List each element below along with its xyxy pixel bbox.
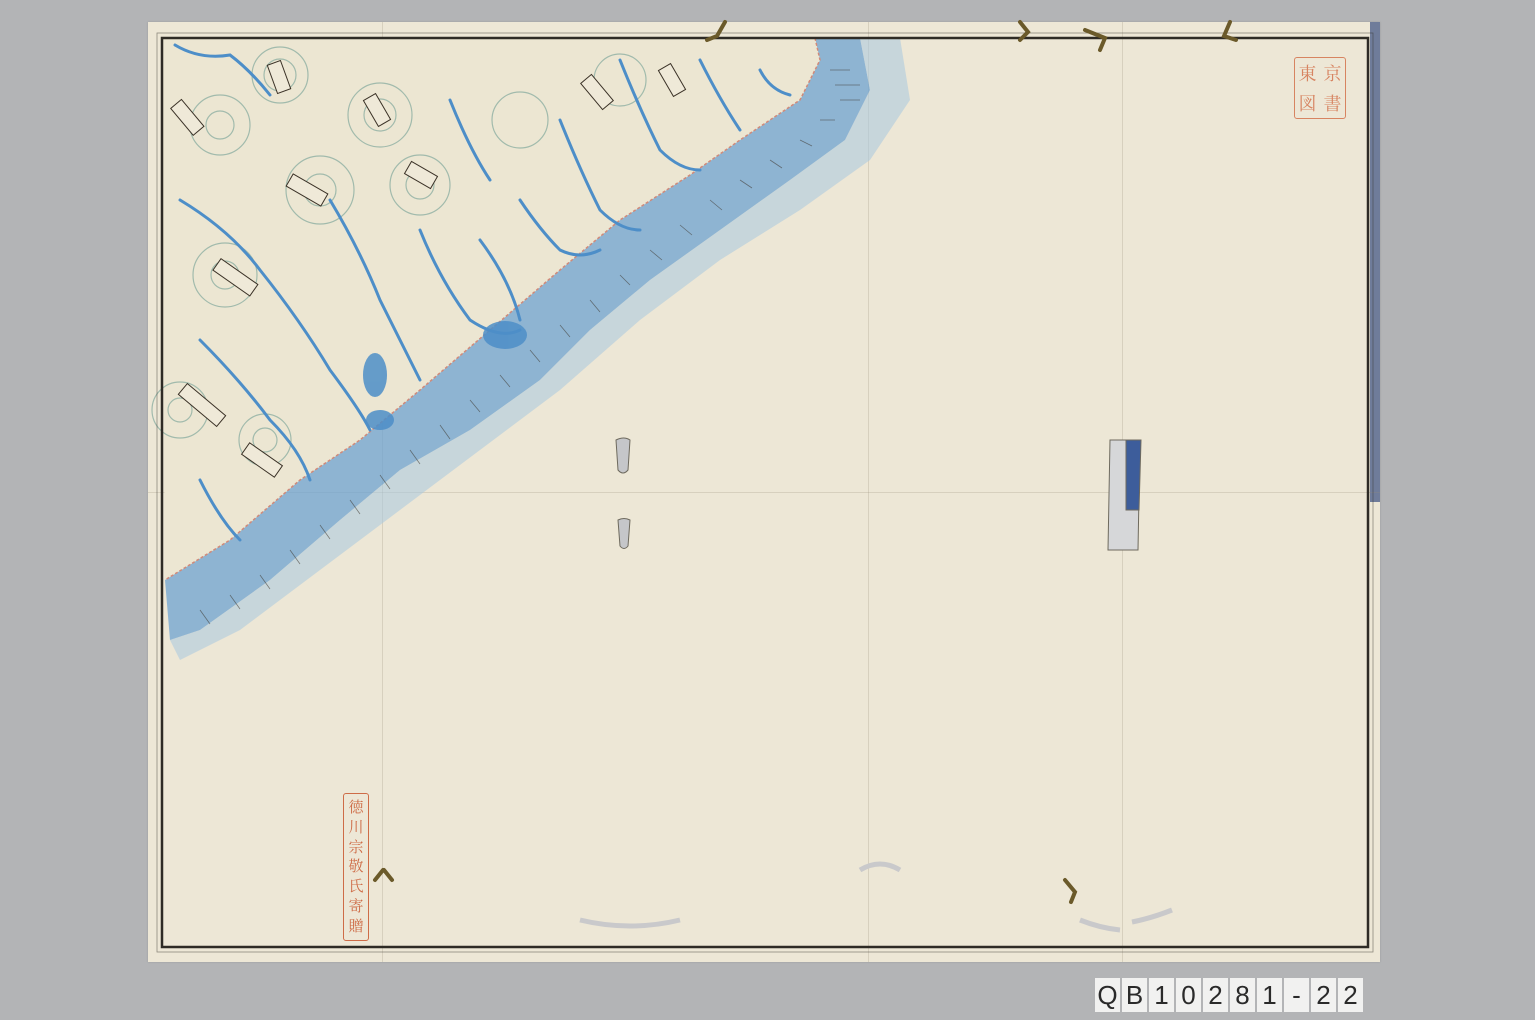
catalog-char: -: [1284, 978, 1309, 1012]
catalog-char: B: [1122, 978, 1147, 1012]
catalog-id-label: Q B 1 0 2 8 1 - 2 2: [1095, 978, 1363, 1012]
seal-char: 東: [1299, 60, 1317, 86]
land-area: [162, 38, 820, 580]
seal-char: 寄: [348, 899, 363, 914]
paper-repair-tabs: [580, 438, 1172, 930]
catalog-char: 8: [1230, 978, 1255, 1012]
map-drawing: [0, 0, 1535, 1020]
seal-char: 川: [348, 820, 363, 835]
seal-char: 京: [1324, 60, 1342, 86]
seal-char: 徳: [348, 800, 363, 815]
catalog-char: 1: [1149, 978, 1174, 1012]
seal-char: 贈: [348, 919, 363, 934]
seal-char: 敬: [348, 859, 363, 874]
seal-char: 図: [1299, 90, 1317, 116]
catalog-char: Q: [1095, 978, 1120, 1012]
catalog-char: 0: [1176, 978, 1201, 1012]
seal-char: 氏: [348, 879, 363, 894]
catalog-char: 2: [1203, 978, 1228, 1012]
catalog-char: 2: [1338, 978, 1363, 1012]
ownership-seal-top-right: 東 京 図 書: [1294, 57, 1346, 119]
seal-char: 宗: [348, 840, 363, 855]
catalog-char: 1: [1257, 978, 1282, 1012]
donation-seal-bottom-left: 徳 川 宗 敬 氏 寄 贈: [343, 793, 369, 941]
seal-char: 書: [1324, 90, 1342, 116]
catalog-char: 2: [1311, 978, 1336, 1012]
